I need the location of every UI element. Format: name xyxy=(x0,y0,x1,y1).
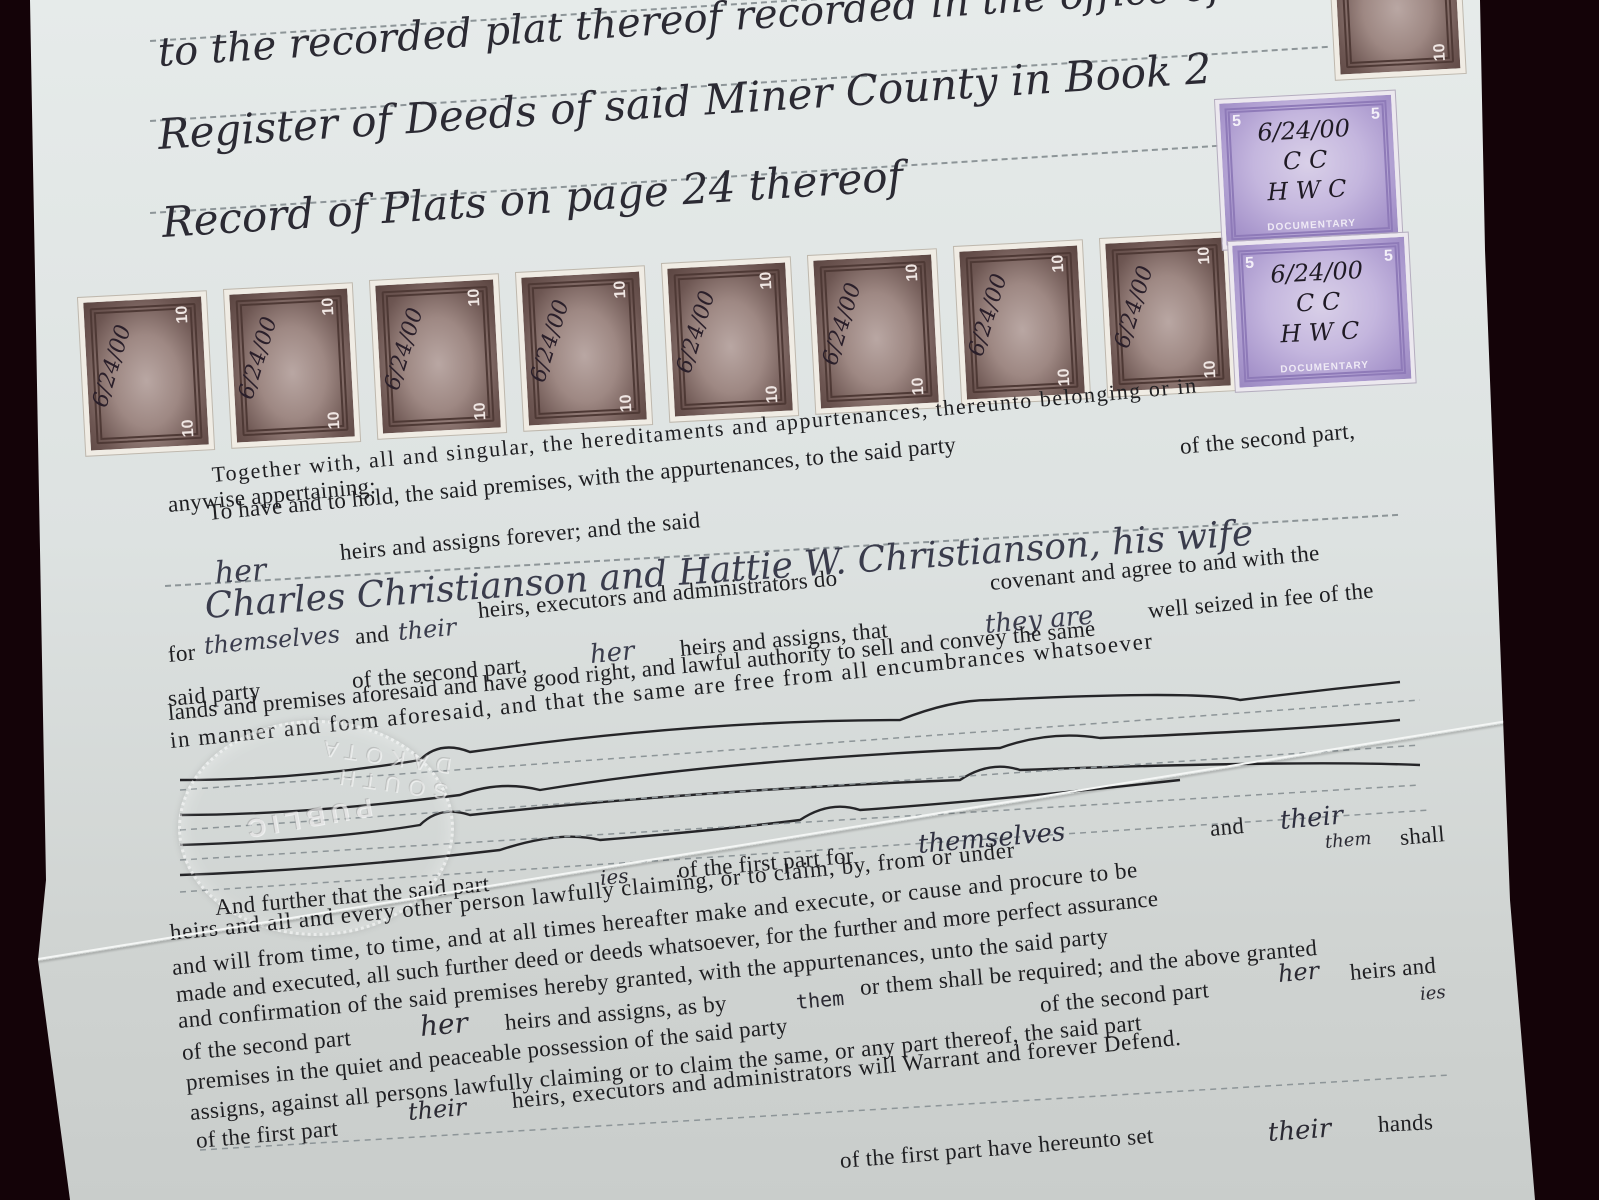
filled-second-her-1: her xyxy=(419,1006,470,1043)
filled-second-her-2: her xyxy=(1277,956,1320,987)
seal-center-text: PUBLIC xyxy=(239,792,375,846)
filled-under-them: them xyxy=(1324,828,1372,853)
filled-parties-suffix-2: ies xyxy=(1419,982,1446,1005)
filled-as-by-them: them xyxy=(795,986,845,1014)
filled-first-their: their xyxy=(407,1093,468,1126)
filled-set-their: their xyxy=(1267,1114,1332,1148)
label-and-2: and xyxy=(1209,813,1245,842)
label-shall: shall xyxy=(1399,821,1446,851)
deed-page: to the recorded plat thereof recorded in… xyxy=(0,0,1599,1200)
label-hands: hands xyxy=(1377,1109,1433,1138)
